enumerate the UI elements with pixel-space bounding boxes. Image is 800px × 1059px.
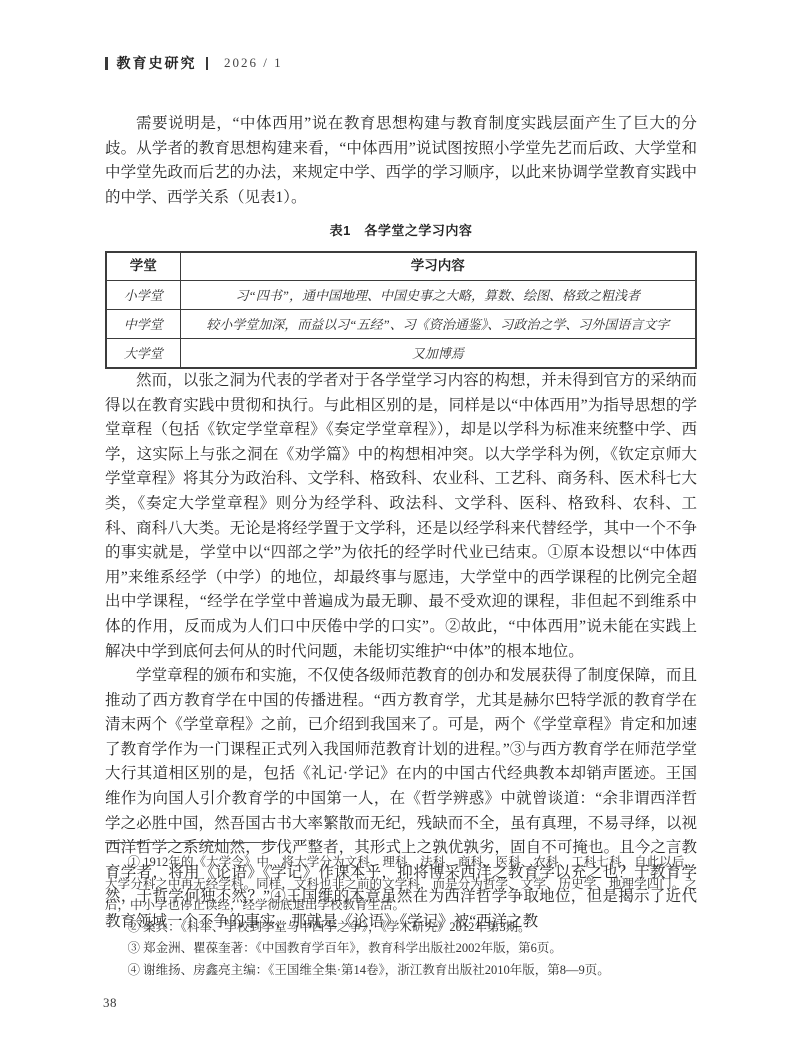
table-header-row: 学堂 学习内容 bbox=[106, 252, 696, 281]
table-row: 大学堂 又加博焉 bbox=[106, 339, 696, 368]
footnote-4: ④ 谢维扬、房鑫亮主编：《王国维全集·第14卷》，浙江教育出版社2010年版，第… bbox=[105, 960, 697, 982]
cell-content: 又加博焉 bbox=[180, 339, 696, 368]
cell-school: 大学堂 bbox=[106, 339, 180, 368]
text-column: 需要说明是，“中体西用”说在教育思想构建与教育制度实践层面产生了巨大的分歧。从学… bbox=[105, 112, 697, 935]
column-header-school: 学堂 bbox=[106, 252, 180, 281]
study-content-table: 学堂 学习内容 小学堂 习“四书”，通中国地理、中国史事之大略，算数、绘图、格致… bbox=[105, 251, 697, 369]
issue-label: 2026 / 1 bbox=[224, 55, 283, 71]
cell-content: 较小学堂加深，而益以习“五经”、习《资治通鉴》、习政治之学、习外国语言文字 bbox=[180, 310, 696, 339]
column-header-content: 学习内容 bbox=[180, 252, 696, 281]
page-number: 38 bbox=[103, 995, 117, 1011]
running-head: 教育史研究 2026 / 1 bbox=[105, 53, 283, 73]
journal-name: 教育史研究 bbox=[117, 53, 197, 73]
journal-page: 教育史研究 2026 / 1 需要说明是，“中体西用”说在教育思想构建与教育制度… bbox=[0, 0, 800, 1059]
head-bar-left bbox=[105, 57, 108, 70]
table-caption: 表1 各学堂之学习内容 bbox=[105, 219, 697, 244]
footnotes-block: ① 1912年的《大学令》中，将大学分为文科、理科、法科、商科、医科、农科、工科… bbox=[105, 842, 697, 982]
table-row: 小学堂 习“四书”，通中国地理、中国史事之大略，算数、绘图、格致之粗浅者 bbox=[106, 281, 696, 310]
footnote-3: ③ 郑金洲、瞿葆奎著：《中国教育学百年》，教育科学出版社2002年版，第6页。 bbox=[105, 938, 697, 960]
footnote-1: ① 1912年的《大学令》中，将大学分为文科、理科、法科、商科、医科、农科、工科… bbox=[105, 852, 697, 917]
head-bar-right bbox=[206, 57, 209, 70]
paragraph-1: 需要说明是，“中体西用”说在教育思想构建与教育制度实践层面产生了巨大的分歧。从学… bbox=[105, 112, 697, 210]
cell-school: 小学堂 bbox=[106, 281, 180, 310]
paragraph-2: 然而，以张之洞为代表的学者对于各学堂学习内容的构想，并未得到官方的采纳而得以在教… bbox=[105, 369, 697, 664]
footnote-2: ② 桑兵：《科举、学校到学堂与中西学之争》，《学术研究》2012年第3期。 bbox=[105, 917, 697, 939]
footnote-separator bbox=[105, 842, 277, 843]
cell-school: 中学堂 bbox=[106, 310, 180, 339]
cell-content: 习“四书”，通中国地理、中国史事之大略，算数、绘图、格致之粗浅者 bbox=[180, 281, 696, 310]
table-row: 中学堂 较小学堂加深，而益以习“五经”、习《资治通鉴》、习政治之学、习外国语言文… bbox=[106, 310, 696, 339]
